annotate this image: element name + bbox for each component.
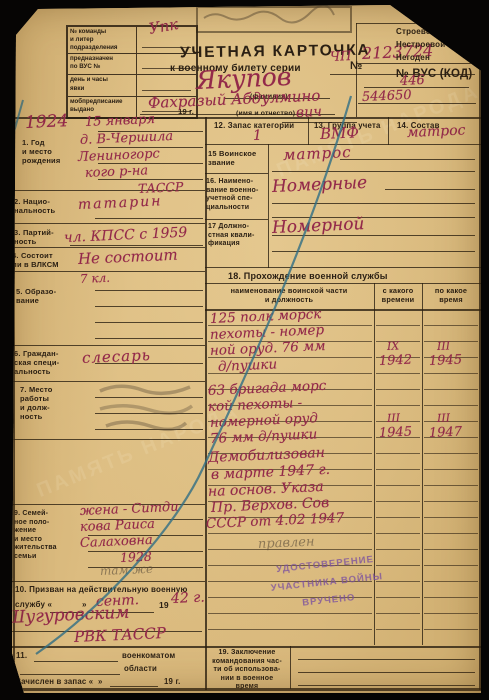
grid-line bbox=[268, 144, 269, 268]
family-line: жена - Ситди bbox=[80, 500, 179, 519]
field-workplace-label: 7. Место работы и долж- ность bbox=[20, 385, 53, 422]
field-education-label: 5. Образо- вание bbox=[16, 287, 56, 305]
scanned-military-card: ПАМЯТЬ НАРОДА ПАМЯТЬ НАРОДА № команды и … bbox=[0, 0, 489, 700]
name-tail-value: вич bbox=[296, 104, 323, 121]
birth-place-line: д. В-Чершила bbox=[80, 129, 174, 148]
grid-line bbox=[110, 686, 158, 687]
mob-row-label: день и часы явки bbox=[68, 75, 136, 95]
grid-line bbox=[479, 23, 481, 690]
service-from-year: 1945 bbox=[379, 425, 413, 441]
number-sign: № bbox=[350, 60, 362, 73]
card-paper: ПАМЯТЬ НАРОДА ПАМЯТЬ НАРОДА № команды и … bbox=[0, 0, 489, 700]
vus-code-value-2: 544650 bbox=[362, 88, 412, 105]
grid-line bbox=[298, 685, 475, 686]
service-from-year: 1942 bbox=[379, 353, 413, 369]
mob-row-label: предназначен по ВУС № bbox=[68, 54, 136, 74]
pencil-scribble bbox=[100, 386, 190, 393]
service-entry-line: д/пушки bbox=[218, 356, 278, 375]
service-col-unit-header: наименование воинской части и должность bbox=[214, 287, 364, 305]
grid-line bbox=[290, 646, 291, 689]
grid-line bbox=[12, 581, 205, 582]
field-birth-label: 1. Год и место рождения bbox=[22, 138, 60, 165]
grid-line bbox=[272, 171, 475, 172]
blue-check-mark bbox=[4, 100, 23, 132]
grid-line bbox=[95, 306, 203, 307]
nationality-value: татарин bbox=[78, 193, 163, 213]
family-pencil-note: там же bbox=[100, 562, 154, 578]
enlisted-reserve-quote: » bbox=[98, 677, 103, 687]
grid-line bbox=[205, 219, 268, 220]
drafting-office-value: Шугуровским bbox=[6, 603, 130, 628]
composition-value: матрос bbox=[407, 122, 466, 141]
military-specialty-value: Номерные bbox=[272, 173, 368, 197]
grid-line bbox=[298, 659, 475, 660]
vus-code-value-1: 446 bbox=[400, 73, 425, 89]
qualification-value: Номерной bbox=[272, 214, 365, 238]
service-section-title: 18. Прохождение военной службы bbox=[228, 271, 388, 282]
party-value: чл. КПСС с 1959 bbox=[64, 225, 188, 246]
service-col-to-header: по какое время bbox=[426, 287, 476, 305]
field-civil-specialty-label: 6. Граждан- ская специ- альность bbox=[14, 349, 59, 376]
field-military-specialty-label: 16. Наимено- вание военно- учетной спе- … bbox=[206, 178, 259, 212]
rank-value: матрос bbox=[283, 143, 352, 164]
grid-line bbox=[95, 429, 203, 430]
grid-line bbox=[205, 283, 481, 284]
enlisted-reserve-label: Зачислен в запас « bbox=[16, 677, 93, 687]
enlisted-reserve-year: 19 г. bbox=[164, 677, 180, 687]
education-value: 7 кл. bbox=[80, 271, 111, 286]
service-to-month: III bbox=[437, 339, 451, 353]
grid-line bbox=[385, 189, 475, 190]
drafted-year-value: 42 г. bbox=[171, 590, 205, 607]
birth-year-value: 1924 bbox=[25, 111, 69, 133]
service-pencil-note: правлен bbox=[258, 535, 315, 552]
name-caption: (имя и отчество) bbox=[236, 110, 295, 118]
field-komsomol-label: 4. Состоит ли в ВЛКСМ bbox=[12, 251, 59, 269]
grid-line bbox=[12, 345, 205, 346]
grid-line bbox=[95, 290, 203, 291]
grid-line bbox=[356, 23, 480, 24]
service-to-month: III bbox=[437, 411, 451, 425]
field-qualification-label: 17 Должно- стная квали- фикация bbox=[208, 223, 255, 249]
field-11-word2: области bbox=[124, 664, 157, 674]
grid-line bbox=[34, 661, 118, 662]
series-value: ЧП bbox=[330, 49, 352, 65]
grid-line bbox=[205, 173, 268, 174]
field-rank-label: 15 Воинское звание bbox=[208, 149, 256, 167]
record-group-value: ВМФ bbox=[320, 123, 360, 143]
grid-line bbox=[298, 672, 475, 673]
field-family-label: 9. Семей- ное поло- жение и место житель… bbox=[14, 510, 57, 561]
field-party-label: 3. Партий- ность bbox=[14, 228, 54, 246]
grid-line bbox=[12, 381, 205, 382]
civil-specialty-value: слесарь bbox=[82, 346, 152, 367]
fitness-option: Нестроевой bbox=[396, 39, 445, 52]
registry-stamp-box bbox=[196, 6, 352, 33]
grid-line bbox=[340, 159, 475, 160]
grid-line bbox=[95, 322, 203, 323]
drafted-year-printed: 19 bbox=[159, 600, 169, 610]
grid-line bbox=[205, 267, 481, 268]
grid-line bbox=[272, 251, 475, 252]
field-nationality-label: 2. Нацио- нальность bbox=[14, 197, 55, 215]
mob-row-label: № команды и литер подразделения bbox=[68, 27, 136, 53]
grid-line bbox=[95, 338, 203, 339]
field-wartime-use-label: 19. Заключение командования час- ти об и… bbox=[208, 649, 286, 692]
reserve-category-value: 1 bbox=[253, 128, 263, 144]
service-from-month: IX bbox=[387, 339, 400, 353]
field-11-number: 11. bbox=[16, 651, 27, 661]
field-11-word1: военкоматом bbox=[122, 651, 175, 661]
service-to-year: 1945 bbox=[429, 353, 463, 369]
grid-line bbox=[95, 413, 203, 414]
grid-line bbox=[272, 203, 475, 204]
grid-line bbox=[12, 223, 205, 224]
grid-line bbox=[422, 283, 423, 645]
grid-line bbox=[12, 646, 481, 648]
birth-place-line: кого р-на bbox=[85, 163, 149, 181]
grid-line bbox=[20, 674, 120, 675]
fitness-option: Строевой bbox=[396, 26, 445, 39]
komsomol-value: Не состоит bbox=[78, 246, 178, 268]
grid-line bbox=[95, 397, 203, 398]
grid-line bbox=[70, 245, 203, 246]
grid-line bbox=[388, 117, 389, 145]
fitness-options: Строевой Нестроевой Негоден bbox=[396, 26, 445, 64]
fitness-option: Негоден bbox=[396, 52, 445, 65]
grid-line bbox=[12, 439, 205, 440]
service-to-year: 1947 bbox=[429, 425, 463, 441]
service-from-month: III bbox=[387, 411, 401, 425]
service-col-from-header: с какого времени bbox=[378, 287, 418, 305]
grid-line bbox=[95, 218, 203, 219]
birth-place-line: 15 января bbox=[85, 112, 156, 130]
drafting-office-value-2: РВК ТАССР bbox=[74, 624, 167, 646]
